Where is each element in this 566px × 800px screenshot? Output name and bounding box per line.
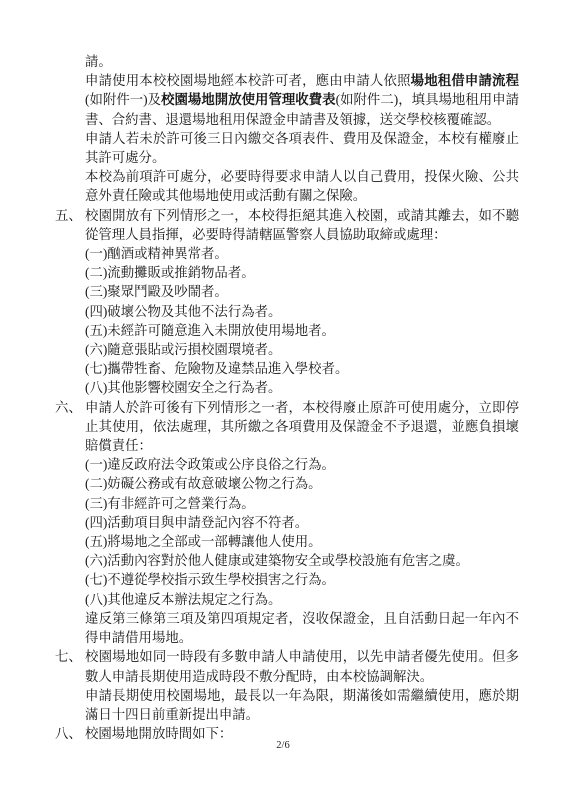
list-item-5: 五、 校園開放有下列情形之一，本校得拒絕其進入校園，或請其離去，如不聽從管理人員… (55, 206, 519, 398)
list-item-6-number: 六、 (55, 398, 82, 417)
paragraph-insurance: 本校為前項許可處分，必要時得要求申請人以自己費用，投保火險、公共意外責任險或其他… (55, 167, 519, 205)
sub-item: (三)聚眾鬥毆及吵鬧者。 (85, 282, 519, 301)
bold-term-rental-process: 場地租借申請流程 (411, 73, 519, 88)
list-item-7: 七、 校園場地如同一時段有多數申請人申請使用，以先申請者優先使用。但多數人申請長… (55, 647, 519, 724)
sub-item: (五)將場地之全部或一部轉讓他人使用。 (85, 532, 519, 551)
list-item-7-number: 七、 (55, 647, 82, 666)
document-body: 請。 申請使用本校校園場地經本校許可者，應由申請人依照場地租借申請流程(如附件一… (55, 52, 519, 743)
text-run: (如附件一)及 (85, 92, 161, 107)
list-item-7-text: 校園場地如同一時段有多數申請人申請使用，以先申請者優先使用。但多數人申請長期使用… (85, 647, 519, 685)
text-run: 申請使用本校校園場地經本校許可者，應由申請人依照 (85, 73, 411, 88)
sub-item: (四)活動項目與申請登記內容不符者。 (85, 513, 519, 532)
list-item-5-number: 五、 (55, 206, 82, 225)
sub-item: (八)其他影響校園安全之行為者。 (85, 378, 519, 397)
sub-item: (四)破壞公物及其他不法行為者。 (85, 302, 519, 321)
list-item-7-tail: 申請長期使用校園場地，最長以一年為限，期滿後如需繼續使用，應於期滿日十四日前重新… (85, 686, 519, 724)
document-page: 請。 申請使用本校校園場地經本校許可者，應由申請人依照場地租借申請流程(如附件一… (0, 0, 566, 800)
page-number: 2/6 (0, 740, 566, 751)
bold-term-fee-table: 校園場地開放使用管理收費表 (161, 92, 335, 107)
sub-item: (二)妨礙公務或有故意破壞公物之行為。 (85, 474, 519, 493)
sub-item: (六)隨意張貼或污損校園環境者。 (85, 340, 519, 359)
paragraph-application-procedure: 申請使用本校校園場地經本校許可者，應由申請人依照場地租借申請流程(如附件一)及校… (55, 71, 519, 129)
sub-item: (三)有非經許可之營業行為。 (85, 494, 519, 513)
sub-item: (一)酗酒或精神異常者。 (85, 244, 519, 263)
sub-item: (一)違反政府法令政策或公序良俗之行為。 (85, 455, 519, 474)
sub-item: (七)不遵從學校指示致生學校損害之行為。 (85, 570, 519, 589)
paragraph-deadline: 申請人若未於許可後三日內繳交各項表件、費用及保證金，本校有權廢止其許可處分。 (55, 129, 519, 167)
paragraph-continuation: 請。 (55, 52, 519, 71)
list-item-6-tail: 違反第三條第三項及第四項規定者，沒收保證金，且自活動日起一年內不得申請借用場地。 (85, 609, 519, 647)
list-item-6-text: 申請人於許可後有下列情形之一者，本校得廢止原許可使用處分，立即停止其使用，依法處… (85, 398, 519, 456)
sub-item: (二)流動攤販或推銷物品者。 (85, 263, 519, 282)
sub-item: (六)活動內容對於他人健康或建築物安全或學校設施有危害之虞。 (85, 551, 519, 570)
list-item-5-text: 校園開放有下列情形之一，本校得拒絕其進入校園，或請其離去，如不聽從管理人員指揮，… (85, 206, 519, 244)
sub-item: (五)未經許可隨意進入未開放使用場地者。 (85, 321, 519, 340)
sub-item: (七)攜帶牲畜、危險物及違禁品進入學校者。 (85, 359, 519, 378)
sub-item: (八)其他違反本辦法規定之行為。 (85, 590, 519, 609)
list-item-6: 六、 申請人於許可後有下列情形之一者，本校得廢止原許可使用處分，立即停止其使用，… (55, 398, 519, 648)
